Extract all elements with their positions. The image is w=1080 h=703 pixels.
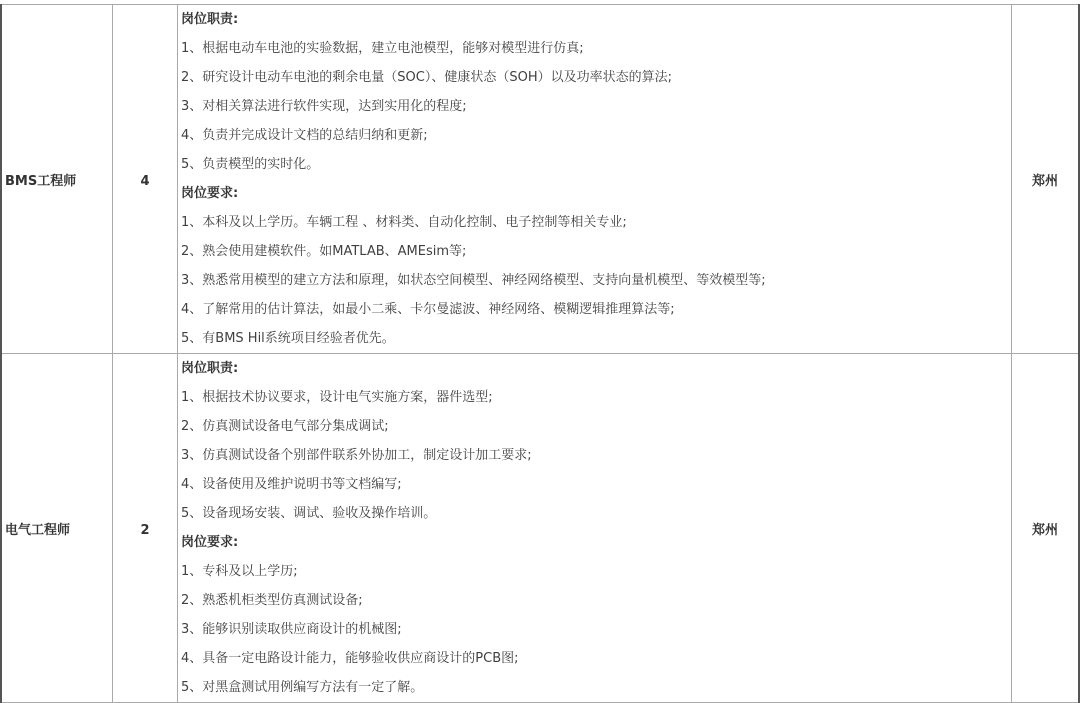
duties-heading: 岗位职责: <box>181 5 1011 34</box>
duties-heading: 岗位职责: <box>181 354 1011 383</box>
requirements-heading: 岗位要求: <box>181 528 1011 557</box>
headcount-cell: 2 <box>113 354 178 703</box>
requirement-item: 3、能够识别读取供应商设计的机械图; <box>181 615 1011 644</box>
headcount: 2 <box>140 523 149 538</box>
location-cell: 郑州 <box>1012 354 1080 703</box>
requirement-item: 2、熟悉机柜类型仿真测试设备; <box>181 586 1011 615</box>
job-description-cell: 岗位职责: 1、根据电动车电池的实验数据，建立电池模型，能够对模型进行仿真; 2… <box>178 5 1012 354</box>
job-title-cell: 电气工程师 <box>1 354 113 703</box>
duty-item: 5、设备现场安装、调试、验收及操作培训。 <box>181 499 1011 528</box>
headcount-cell: 4 <box>113 5 178 354</box>
requirements-heading: 岗位要求: <box>181 179 1011 208</box>
duty-item: 3、仿真测试设备个别部件联系外协加工，制定设计加工要求; <box>181 441 1011 470</box>
duty-item: 4、负责并完成设计文档的总结归纳和更新; <box>181 121 1011 150</box>
requirement-item: 5、有BMS Hil系统项目经验者优先。 <box>181 324 1011 353</box>
requirement-item: 5、对黑盒测试用例编写方法有一定了解。 <box>181 673 1011 702</box>
headcount: 4 <box>140 174 149 189</box>
job-title: BMS工程师 <box>2 174 76 189</box>
duty-item: 1、根据电动车电池的实验数据，建立电池模型，能够对模型进行仿真; <box>181 34 1011 63</box>
location-cell: 郑州 <box>1012 5 1080 354</box>
requirement-item: 2、熟会使用建模软件。如MATLAB、AMEsim等; <box>181 237 1011 266</box>
job-title: 电气工程师 <box>2 523 70 538</box>
duty-item: 2、仿真测试设备电气部分集成调试; <box>181 412 1011 441</box>
job-description-cell: 岗位职责: 1、根据技术协议要求，设计电气实施方案，器件选型; 2、仿真测试设备… <box>178 354 1012 703</box>
job-title-cell: BMS工程师 <box>1 5 113 354</box>
duty-item: 5、负责模型的实时化。 <box>181 150 1011 179</box>
job-listing-table: BMS工程师 4 岗位职责: 1、根据电动车电池的实验数据，建立电池模型，能够对… <box>0 4 1080 703</box>
job-row-electrical-engineer: 电气工程师 2 岗位职责: 1、根据技术协议要求，设计电气实施方案，器件选型; … <box>1 354 1079 703</box>
job-location: 郑州 <box>1032 523 1058 538</box>
duty-item: 1、根据技术协议要求，设计电气实施方案，器件选型; <box>181 383 1011 412</box>
requirement-item: 4、具备一定电路设计能力，能够验收供应商设计的PCB图; <box>181 644 1011 673</box>
duty-item: 3、对相关算法进行软件实现，达到实用化的程度; <box>181 92 1011 121</box>
duty-item: 4、设备使用及维护说明书等文档编写; <box>181 470 1011 499</box>
job-row-bms-engineer: BMS工程师 4 岗位职责: 1、根据电动车电池的实验数据，建立电池模型，能够对… <box>1 5 1079 354</box>
requirement-item: 4、了解常用的估计算法，如最小二乘、卡尔曼滤波、神经网络、模糊逻辑推理算法等; <box>181 295 1011 324</box>
requirement-item: 1、本科及以上学历。车辆工程 、材料类、自动化控制、电子控制等相关专业; <box>181 208 1011 237</box>
job-location: 郑州 <box>1032 174 1058 189</box>
requirement-item: 1、专科及以上学历; <box>181 557 1011 586</box>
duty-item: 2、研究设计电动车电池的剩余电量（SOC）、健康状态（SOH）以及功率状态的算法… <box>181 63 1011 92</box>
requirement-item: 3、熟悉常用模型的建立方法和原理，如状态空间模型、神经网络模型、支持向量机模型、… <box>181 266 1011 295</box>
